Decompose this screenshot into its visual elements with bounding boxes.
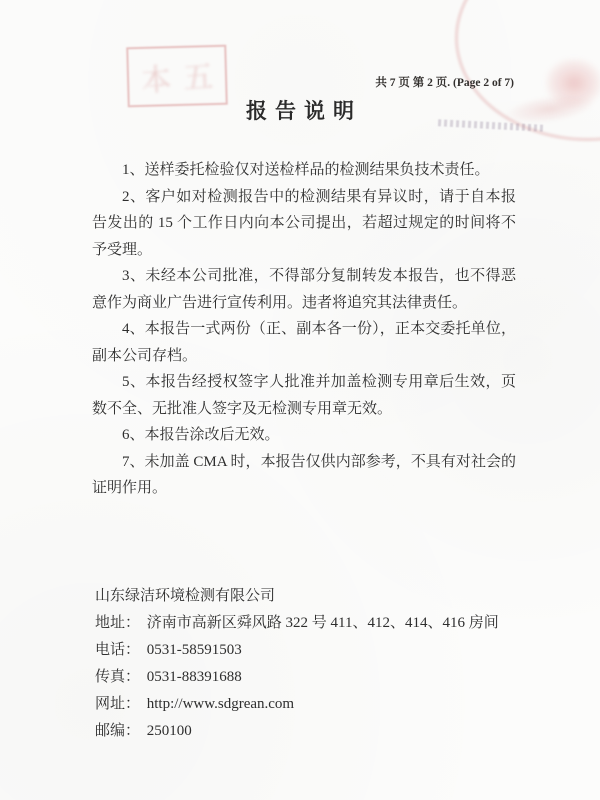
phone-value: 0531-58591503 [147,642,242,658]
website-value: http://www.sdgrean.com [147,696,294,712]
company-address-row: 地址： 济南市高新区舜风路 322 号 411、412、414、416 房间 [95,610,535,637]
phone-label: 电话： [95,642,140,658]
company-name: 山东绿洁环境检测有限公司 [95,583,535,610]
scanned-report-page: 本五 共 7 页 第 2 页. (Page 2 of 7) 报告说明 1、送样委… [0,0,600,800]
company-info-block: 山东绿洁环境检测有限公司 地址： 济南市高新区舜风路 322 号 411、412… [95,583,535,745]
company-fax-row: 传真： 0531-88391688 [95,664,535,691]
note-paragraph-1: 1、送样委托检验仅对送检样品的检测结果负技术责任。 [92,157,516,184]
note-paragraph-5: 5、本报告经授权签字人批准并加盖检测专用章后生效，页数不全、无批准人签字及无检测… [92,369,516,422]
note-paragraph-4: 4、本报告一式两份（正、副本各一份），正本交委托单位，副本公司存档。 [92,316,516,369]
stamp-faint-glyphs: 本五 [128,51,227,101]
company-phone-row: 电话： 0531-58591503 [95,637,535,664]
note-paragraph-3: 3、未经本公司批准，不得部分复制转发本报告，也不得恶意作为商业广告进行宣传利用。… [92,263,516,316]
postcode-value: 250100 [147,723,192,739]
company-postcode-row: 邮编： 250100 [95,718,535,745]
company-website-row: 网址： http://www.sdgrean.com [95,691,535,718]
fax-label: 传真： [95,669,140,685]
page-title: 报告说明 [0,95,600,125]
address-value: 济南市高新区舜风路 322 号 411、412、414、416 房间 [147,615,499,631]
note-paragraph-2: 2、客户如对检测报告中的检测结果有异议时，请于自本报告发出的 15 个工作日内向… [92,184,516,264]
report-notes-section: 1、送样委托检验仅对送检样品的检测结果负技术责任。 2、客户如对检测报告中的检测… [92,157,516,502]
note-paragraph-6: 6、本报告涂改后无效。 [92,422,516,449]
address-label: 地址： [95,615,140,631]
fax-value: 0531-88391688 [147,669,242,685]
website-label: 网址： [95,696,140,712]
note-paragraph-7: 7、未加盖 CMA 时，本报告仅供内部参考，不具有对社会的证明作用。 [92,449,516,502]
page-number: 共 7 页 第 2 页. (Page 2 of 7) [375,74,514,90]
postcode-label: 邮编： [95,723,140,739]
